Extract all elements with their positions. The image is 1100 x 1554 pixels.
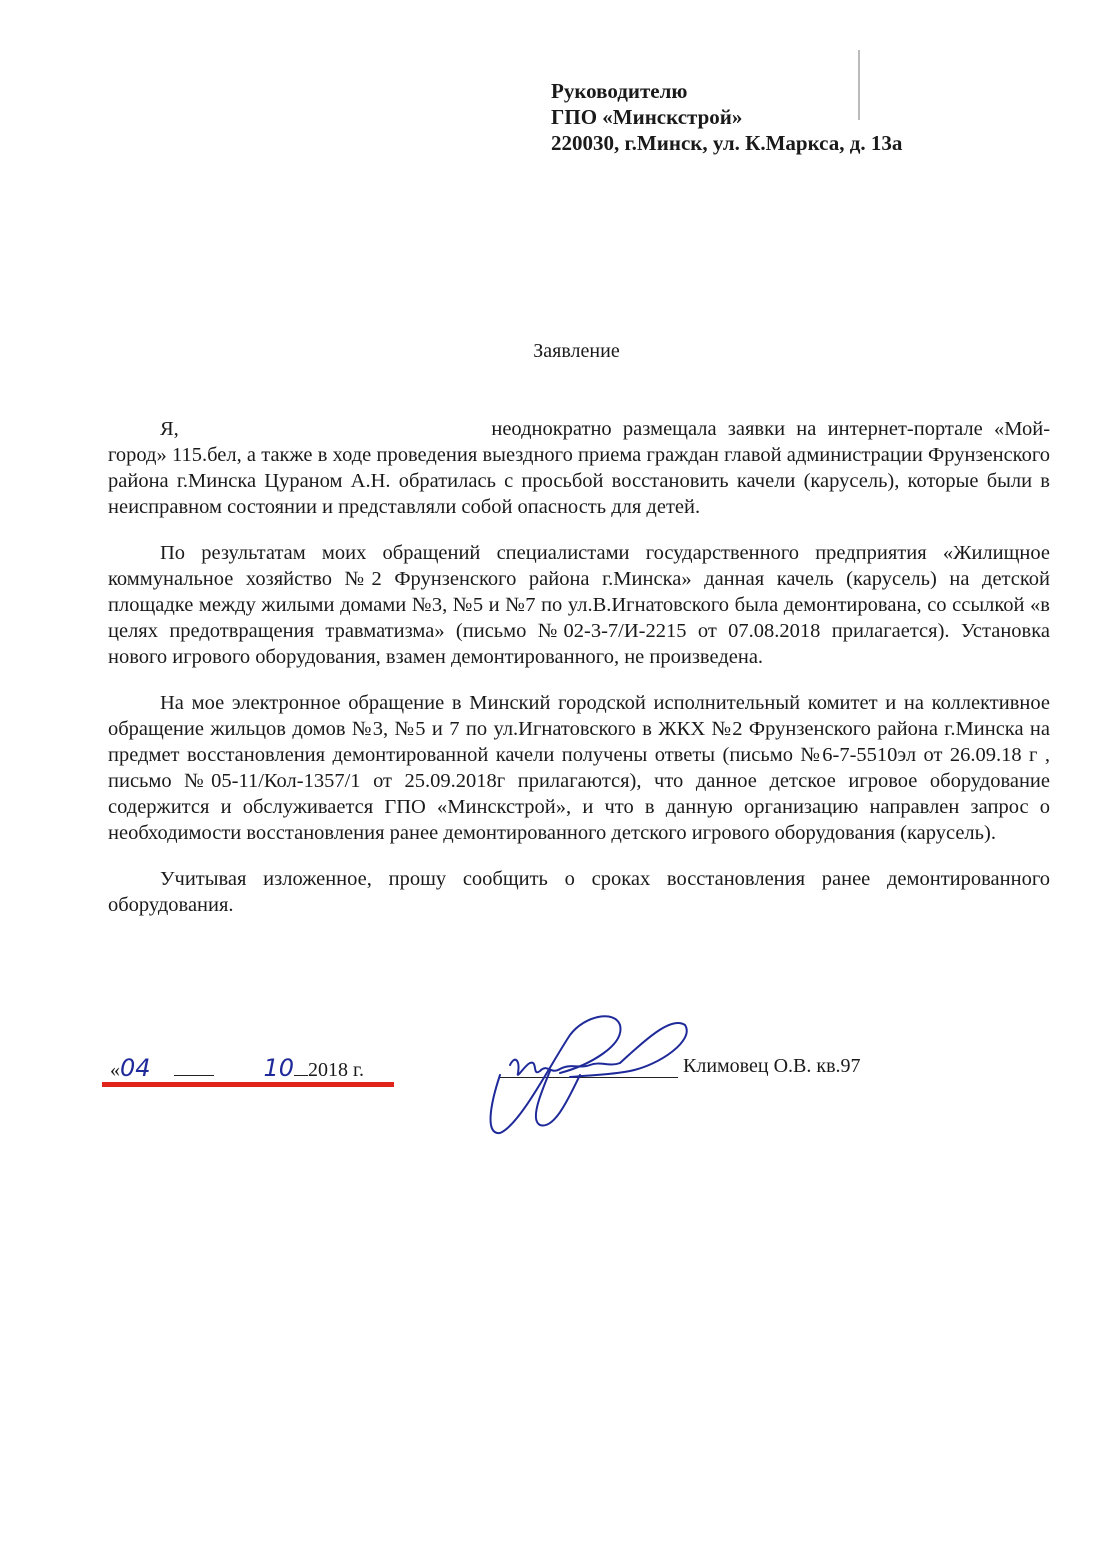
- scan-artifact: [858, 50, 860, 120]
- date-year: 2018 г.: [308, 1059, 364, 1081]
- addressee-address: 220030, г.Минск, ул. К.Маркса, д. 13а: [551, 130, 902, 156]
- paragraph-4: Учитывая изложенное, прошу сообщить о ср…: [108, 866, 1050, 918]
- date-day-handwritten: 04: [120, 1054, 151, 1082]
- date-month-handwritten: 10: [263, 1054, 294, 1082]
- paragraph-1: Я, неоднократно размещала заявки на инте…: [108, 416, 1050, 520]
- red-underline-mark: [102, 1082, 394, 1087]
- paragraph-2: По результатам моих обращений специалист…: [108, 540, 1050, 670]
- handwritten-signature: [470, 1005, 690, 1140]
- paragraph-1-text: неоднократно размещала заявки на интерне…: [108, 418, 1050, 518]
- signer-name: Климовец О.В. кв.97: [683, 1055, 861, 1078]
- date-field: «04102018 г.: [110, 1054, 364, 1083]
- paragraph-3: На мое электронное обращение в Минский г…: [108, 690, 1050, 846]
- date-quote: «: [110, 1059, 120, 1081]
- addressee-block: Руководителю ГПО «Минскстрой» 220030, г.…: [551, 78, 902, 156]
- document-title: Заявление: [0, 340, 1100, 363]
- paragraph-1-start: Я,: [160, 418, 179, 440]
- document-body: Я, неоднократно размещала заявки на инте…: [108, 416, 1050, 938]
- addressee-position: Руководителю: [551, 78, 902, 104]
- addressee-organization: ГПО «Минскстрой»: [551, 104, 902, 130]
